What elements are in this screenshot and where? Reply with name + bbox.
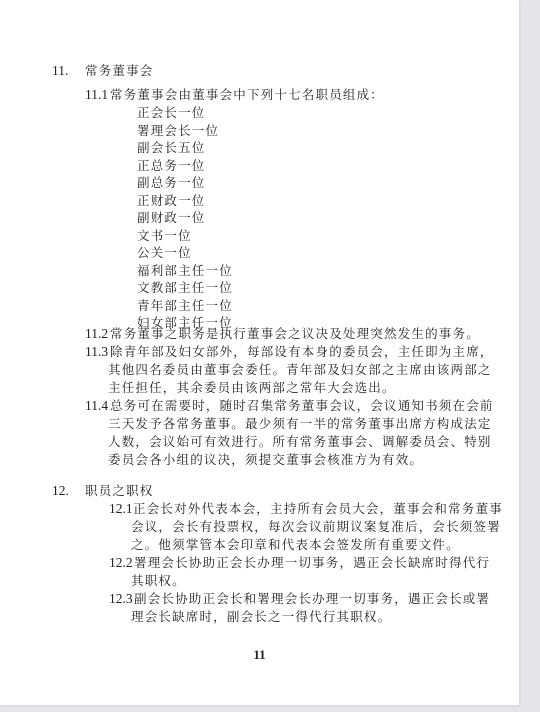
document-page: 11. 常务董事会 11.1 常务董事会由董事会中下列十七名职员组成： 正会长一… — [0, 0, 519, 705]
section-title: 常务董事会 — [85, 62, 154, 79]
subsection-number: 11.2 — [85, 325, 108, 342]
subsection-number: 12.2 — [109, 554, 133, 571]
list-item: 正财政一位 — [137, 192, 206, 209]
subsection-text: 总务可在需要时，随时召集常务董事会议，会议通知书须在会前 — [110, 397, 494, 414]
list-item: 副总务一位 — [137, 174, 206, 191]
list-item: 正会长一位 — [137, 104, 206, 121]
subsection-text: 之。他须掌管本会印章和代表本会签发所有重要文件。 — [131, 536, 460, 553]
subsection-text: 正会长对外代表本会，主持所有会员大会，董事会和常务董事 — [133, 500, 503, 517]
list-item: 公关一位 — [137, 244, 192, 261]
subsection-text: 其职权。 — [131, 572, 186, 589]
subsection-number: 11.1 — [85, 86, 108, 103]
list-item: 文书一位 — [137, 227, 192, 244]
list-item: 福利部主任一位 — [137, 262, 233, 279]
subsection-text: 除青年部及妇女部外，每部设有本身的委员会，主任即为主席， — [110, 343, 494, 360]
section-title: 职员之职权 — [85, 482, 154, 499]
subsection-text: 常务董事之职务是执行董事会之议决及处理突然发生的事务。 — [110, 325, 480, 342]
list-item: 副会长五位 — [137, 139, 206, 156]
section-number: 12. — [52, 482, 69, 499]
subsection-text: 署理会长协助正会长办理一切事务，遇正会长缺席时得代行 — [134, 554, 490, 571]
list-item: 青年部主任一位 — [137, 297, 233, 314]
subsection-text: 主任担任，其余委员由该两部之常年大会选出。 — [108, 379, 396, 396]
subsection-text: 副会长协助正会长和署理会长办理一切事务，遇正会长或署 — [134, 590, 490, 607]
subsection-text: 人数，会议始可有效进行。所有常务董事会、调解委员会、特别 — [108, 433, 492, 450]
subsection-text: 委员会各小组的议决，须提交董事会核准方为有效。 — [108, 451, 423, 468]
subsection-text: 三天发予各常务董事。最少须有一半的常务董事出席方构成法定 — [108, 415, 492, 432]
subsection-number: 11.3 — [85, 343, 108, 360]
subsection-text: 其他四名委员由董事会委任。青年部及妇女部之主席由该两部之 — [108, 361, 492, 378]
list-item: 正总务一位 — [137, 157, 206, 174]
list-item: 署理会长一位 — [137, 122, 219, 139]
subsection-text: 常务董事会由董事会中下列十七名职员组成： — [110, 86, 384, 103]
section-number: 11. — [52, 62, 68, 79]
subsection-text: 理会长缺席时，副会长之一得代行其职权。 — [131, 608, 391, 625]
subsection-number: 11.4 — [85, 397, 108, 414]
list-item: 文教部主任一位 — [137, 279, 233, 296]
subsection-number: 12.3 — [109, 590, 133, 607]
subsection-number: 12.1 — [109, 500, 133, 517]
subsection-text: 会议，会长有投票权，每次会议前期议案复准后，会长须签署 — [131, 518, 501, 535]
list-item: 副财政一位 — [137, 209, 206, 226]
page-number: 11 — [0, 647, 519, 663]
